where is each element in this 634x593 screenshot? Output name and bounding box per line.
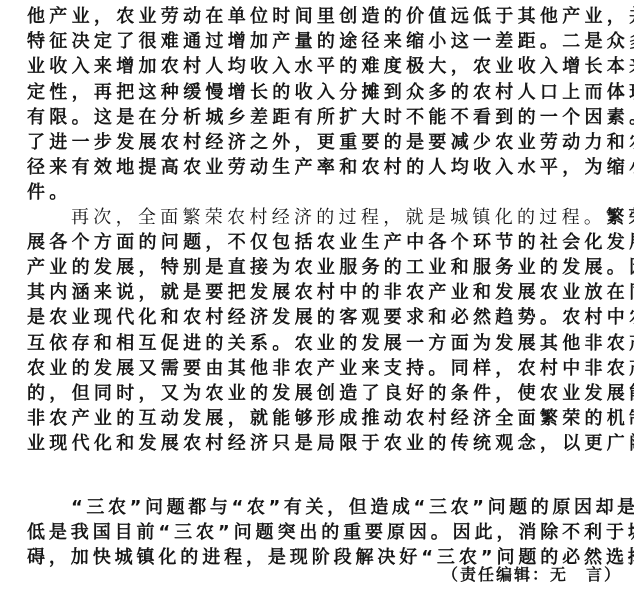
- text-line-first: 再次，全面繁荣农村经济的过程，就是城镇化的过程。繁荣农村经济是一个涉及农村发: [71, 207, 634, 229]
- text-line: 件。: [27, 182, 72, 204]
- lead-sentence: 再次，全面繁荣农村经济的过程，就是城镇化的过程。: [71, 207, 606, 228]
- text-line: 低是我国目前“三农”问题突出的重要原因。因此，消除不利于城镇化发展的体制和政策障: [27, 522, 634, 544]
- text-line: 展各个方面的问题，不仅包括农业生产中各个环节的社会化发展，也包括农村中的各种非农: [27, 232, 634, 254]
- text-span: 繁荣农村经济是一个涉及农村发: [606, 207, 634, 228]
- text-line: 特征决定了很难通过增加产量的途径来缩小这一差距。二是众多的农村人口导致通过增加农: [27, 31, 634, 53]
- text-line: 有限。这是在分析城乡差距有所扩大时不能不看到的一个因素。因此，要缩小城乡差距，除: [27, 107, 634, 129]
- text-line: 农业的发展又需要由其他非农产业来支持。同样，农村中非农产业的发展是立足于农业发展: [27, 358, 634, 380]
- text-line: 非农产业的互动发展，就能够形成推动农村经济全面繁荣的机制。因此，必须改变把实现农: [27, 408, 634, 430]
- editor-note: （责任编辑：无 言）: [442, 564, 622, 586]
- text-line: 其内涵来说，就是要把发展农村中的非农产业和发展农业放在同等重要的地位来看待，这也: [27, 282, 634, 304]
- text-line-first: “三农”问题都与“农”有关，但造成“三农”问题的原因却是多方面的，城镇化水平: [71, 497, 634, 519]
- text-line: 是农业现代化和农村经济发展的客观要求和必然趋势。农村中农业与其他非农产业是一种相: [27, 307, 634, 329]
- text-line: 他产业，农业劳动在单位时间里创造的价值远低于其他产业，并且，农业具有的弱势产业的: [27, 6, 634, 28]
- text-line: 径来有效地提高农业劳动生产率和农村的人均收入水平，为缩小城乡差距创造更好的基础条: [27, 157, 634, 179]
- text-line: 定性，再把这种缓慢增长的收入分摊到众多的农村人口上而体现出来的人均收入增长就更是: [27, 82, 634, 104]
- text-line: 业现代化和发展农村经济只是局限于农业的传统观念，以更广阔的视野来认识农业现代化和: [27, 433, 634, 455]
- text-line: 的，但同时，又为农业的发展创造了良好的条件，使农业发展能够具有更高的效率。农业与: [27, 383, 634, 405]
- text-line: 业收入来增加农村人均收入水平的难度极大，农业收入增长本来就比较缓慢，并且具有不稳: [27, 56, 634, 78]
- text-line: 产业的发展，特别是直接为农业服务的工业和服务业的发展。因此，全面繁荣农村经济，就: [27, 257, 634, 279]
- text-line: 了进一步发展农村经济之外，更重要的是要减少农业劳动力和农村人口的数量，通过这一途: [27, 132, 634, 154]
- text-line: 互依存和相互促进的关系。农业的发展一方面为发展其他非农产业提供了基础条件，同时，: [27, 333, 634, 355]
